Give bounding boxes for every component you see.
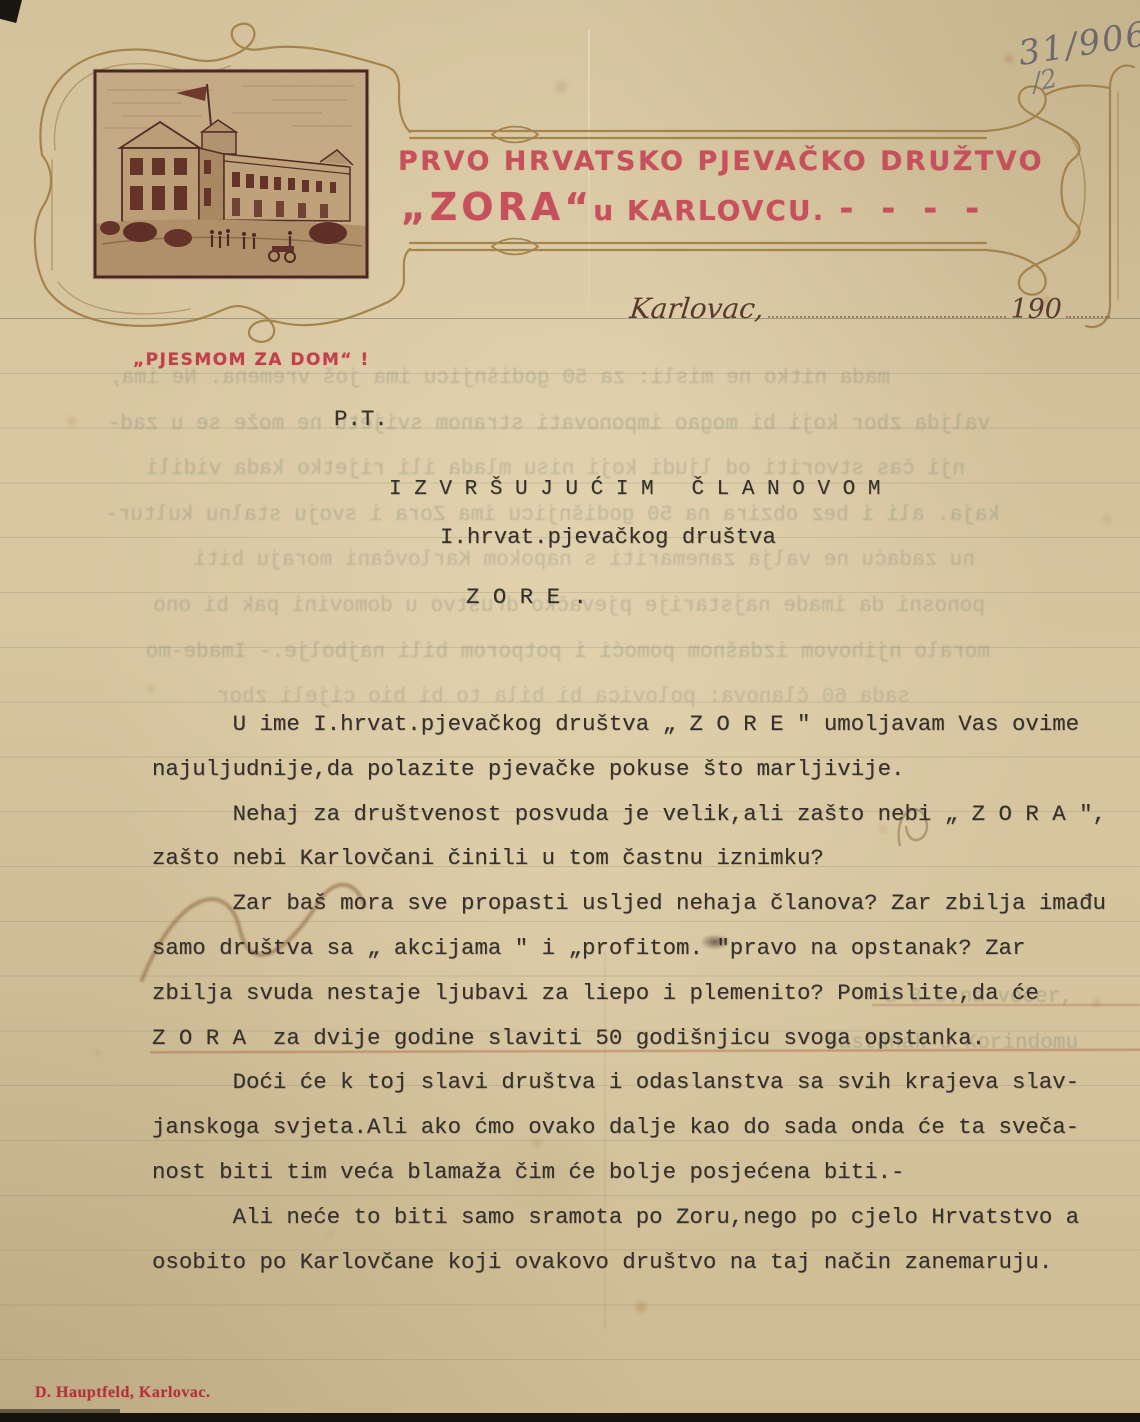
body-lines: U ime I.hrvat.pjevačkog društva „ Z O R … <box>152 702 1106 1284</box>
dateline-place: Karlovac, <box>628 292 765 325</box>
typewritten-line: Zar baš mora sve propasti usljed nehaja … <box>152 881 1106 926</box>
letter-scan: mada nitko ne misli: za 50 godišnjicu im… <box>0 0 1140 1422</box>
typewritten-line: janskoga svjeta.Ali ako ćmo ovako dalje … <box>152 1105 1106 1150</box>
society-hall-engraving <box>92 68 370 280</box>
ink-blot <box>700 934 730 950</box>
typewritten-line: Z O R A za dvije godine slaviti 50 godiš… <box>152 1016 1106 1061</box>
typewritten-line: zbilja svuda nestaje ljubavi za liepo i … <box>152 971 1106 1016</box>
bleedthrough-line: valjda zbor koji bi mogao imponovati str… <box>0 402 1140 448</box>
dateline-dotted-leader <box>768 315 1007 318</box>
letterhead: PRVO HRVATSKO PJEVAČKO DRUŽTVO „ZORA“u K… <box>398 146 990 229</box>
typewritten-line: nost biti tim veća blamaža čim će bolje … <box>152 1150 1106 1195</box>
society-name-line1: PRVO HRVATSKO PJEVAČKO DRUŽTVO <box>398 146 990 177</box>
salutation-pt: P.T. <box>334 406 388 432</box>
typewritten-line: najuljudnije,da polazite pjevačke pokuse… <box>152 747 1106 792</box>
dateline: Karlovac, 190 <box>630 292 1110 325</box>
typewritten-line: Doći će k toj slavi društva i odaslanstv… <box>152 1060 1106 1105</box>
typewritten-line: samo društva sa „ akcijama " i „profitom… <box>152 926 1106 971</box>
addressee-society: I.hrvat.pjevačkog društva <box>440 524 776 550</box>
addressee-heading: I Z V R Š U J U Ć I M Č L A N O V O M <box>389 478 880 501</box>
typewritten-line: osobito po Karlovčane koji ovakovo društ… <box>152 1240 1106 1285</box>
dateline-dotted-leader-short <box>1066 315 1110 318</box>
society-name-line2: „ZORA“u KARLOVCU.- - - - <box>398 185 990 229</box>
underline-mark <box>872 1004 1140 1006</box>
addressee-zore: Z O R E . <box>466 584 587 610</box>
printer-imprint: D. Hauptfeld, Karlovac. <box>35 1384 211 1402</box>
city-label: u KARLOVCU. <box>593 194 825 227</box>
society-motto: „PJESMOM ZA DOM“ ! <box>133 350 370 370</box>
scan-edge <box>0 1409 120 1413</box>
typewritten-line: Nehaj za društvenost posvuda je velik,al… <box>152 792 1106 837</box>
zora-wordmark: „ZORA“ <box>401 185 593 229</box>
typewritten-line: zašto nebi Karlovčani činili u tom častn… <box>152 836 1106 881</box>
typewritten-line: U ime I.hrvat.pjevačkog društva „ Z O R … <box>152 702 1106 747</box>
bleedthrough-line: moralo njihovom izdašnom pomoći i potpor… <box>0 630 1140 676</box>
scan-edge <box>0 1413 1140 1422</box>
dateline-year-prefix: 190 <box>1010 294 1062 325</box>
typewritten-line: Ali neće to biti samo sramota po Zoru,ne… <box>152 1195 1106 1240</box>
decorative-dashes: - - - - <box>839 189 987 229</box>
